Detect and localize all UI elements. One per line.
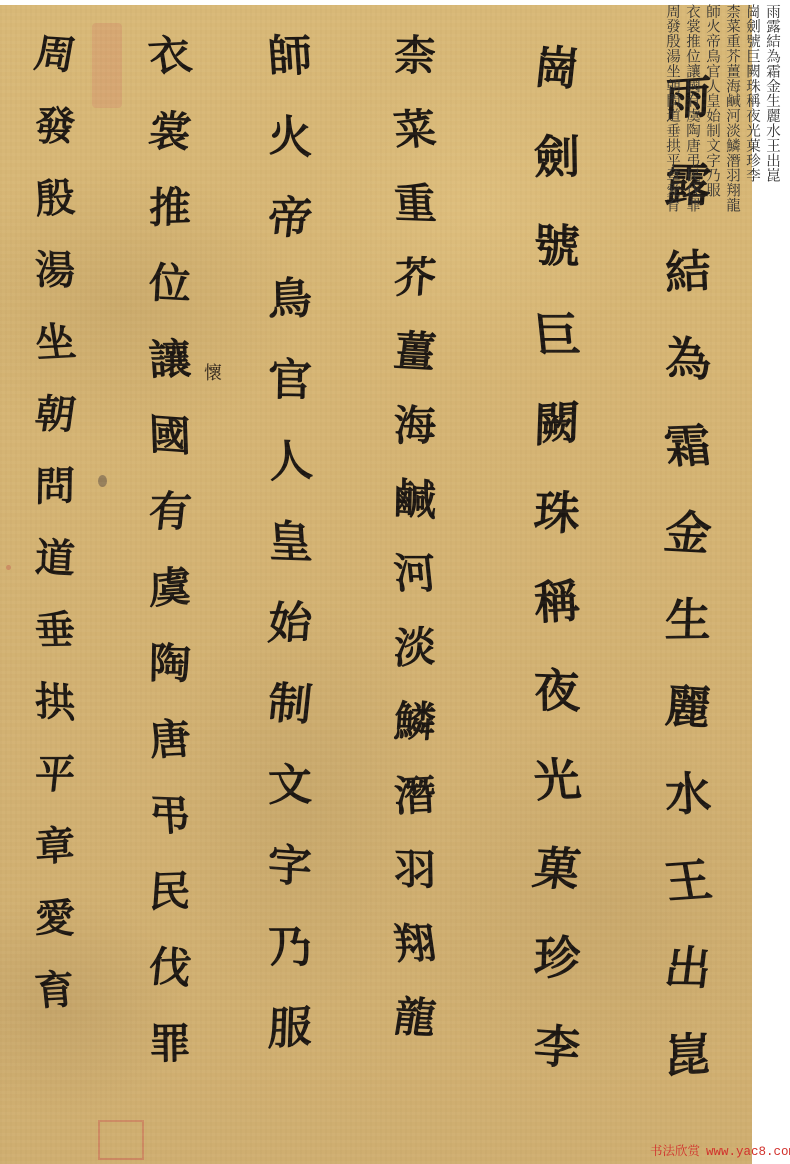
calligraphy-column: 柰菜重芥薑海鹹河淡鱗潛羽翔龍 bbox=[394, 35, 436, 1071]
transcription-text: 雨露結為霜金生麗水王出崑 崗劍號巨闕珠稱夜光菓珍李 柰菜重芥薑海鹹河淡鱗潛羽翔龍… bbox=[762, 4, 782, 226]
calligraphy-character: 衣 bbox=[146, 34, 195, 78]
calligraphy-character: 河 bbox=[392, 553, 438, 595]
calligraphy-character: 伐 bbox=[147, 946, 193, 990]
calligraphy-character: 麗 bbox=[663, 682, 712, 731]
calligraphy-paper: 雨露結為霜金生麗水王出崑崗劍號巨闕珠稱夜光菓珍李柰菜重芥薑海鹹河淡鱗潛羽翔龍師火… bbox=[0, 5, 752, 1164]
ink-spot bbox=[98, 475, 107, 487]
calligraphy-character: 崑 bbox=[665, 1031, 711, 1079]
calligraphy-column: 衣裳推位讓國有虞陶唐弔民伐罪 bbox=[149, 35, 191, 1099]
calligraphy-character: 字 bbox=[268, 843, 313, 890]
calligraphy-character: 罪 bbox=[149, 1023, 192, 1066]
calligraphy-character: 讓 bbox=[148, 339, 193, 382]
calligraphy-character: 鱗 bbox=[393, 701, 438, 744]
calligraphy-column: 崗劍號巨闕珠稱夜光菓珍李 bbox=[534, 45, 580, 1113]
transcription-column: 衣裳推位讓國有虞陶唐弔民伐罪 bbox=[682, 4, 702, 213]
red-seal-bottom bbox=[98, 1120, 144, 1160]
calligraphy-character: 皇 bbox=[266, 520, 313, 566]
calligraphy-character: 崗 bbox=[532, 44, 583, 92]
calligraphy-character: 唐 bbox=[147, 718, 193, 762]
calligraphy-character: 裳 bbox=[146, 110, 194, 153]
calligraphy-column: 師火帝鳥官人皇始制文字乃服 bbox=[268, 35, 312, 1088]
calligraphy-character: 服 bbox=[267, 1005, 312, 1052]
calligraphy-character: 水 bbox=[664, 771, 712, 817]
calligraphy-character: 夜 bbox=[534, 667, 581, 715]
calligraphy-character: 愛 bbox=[35, 899, 76, 940]
calligraphy-character: 海 bbox=[394, 405, 437, 448]
calligraphy-character: 王 bbox=[661, 857, 715, 906]
calligraphy-character: 坐 bbox=[32, 322, 78, 364]
calligraphy-character: 國 bbox=[148, 413, 191, 458]
calligraphy-character: 珍 bbox=[533, 935, 581, 982]
calligraphy-character: 鹹 bbox=[394, 478, 437, 523]
calligraphy-character: 生 bbox=[664, 597, 712, 644]
calligraphy-character: 李 bbox=[532, 1022, 581, 1071]
calligraphy-character: 章 bbox=[35, 826, 76, 869]
calligraphy-character: 弔 bbox=[148, 794, 193, 838]
watermark-label: 书法欣赏 bbox=[650, 1144, 700, 1158]
calligraphy-character: 翔 bbox=[391, 922, 439, 965]
calligraphy-character: 闕 bbox=[533, 399, 581, 448]
calligraphy-character: 柰 bbox=[394, 35, 437, 78]
calligraphy-character: 帝 bbox=[266, 197, 315, 241]
calligraphy-character: 育 bbox=[33, 970, 77, 1012]
calligraphy-character: 朝 bbox=[32, 394, 78, 435]
red-spot bbox=[6, 565, 11, 570]
calligraphy-character: 結 bbox=[664, 248, 712, 296]
calligraphy-character: 薑 bbox=[392, 330, 438, 374]
calligraphy-character: 光 bbox=[531, 756, 583, 803]
calligraphy-character: 珠 bbox=[532, 490, 581, 537]
calligraphy-character: 有 bbox=[147, 491, 193, 533]
calligraphy-character: 平 bbox=[33, 755, 77, 795]
calligraphy-character: 問 bbox=[35, 466, 76, 507]
calligraphy-character: 鳥 bbox=[268, 276, 313, 323]
transcription-column: 柰菜重芥薑海鹹河淡鱗潛羽翔龍 bbox=[722, 4, 742, 213]
side-annotation: 懷 bbox=[198, 363, 224, 381]
calligraphy-character: 殷 bbox=[34, 178, 77, 221]
calligraphy-character: 菜 bbox=[392, 108, 438, 152]
calligraphy-character: 芥 bbox=[393, 256, 438, 300]
calligraphy-character: 始 bbox=[266, 601, 313, 647]
calligraphy-character: 拱 bbox=[34, 682, 75, 725]
calligraphy-character: 乃 bbox=[266, 926, 315, 970]
calligraphy-character: 龍 bbox=[391, 996, 440, 1040]
calligraphy-character: 潛 bbox=[393, 774, 437, 818]
calligraphy-character: 位 bbox=[148, 262, 192, 306]
calligraphy-character: 號 bbox=[534, 221, 581, 270]
calligraphy-character: 民 bbox=[148, 870, 193, 914]
watermark-url: www.yac8.com bbox=[706, 1145, 790, 1159]
calligraphy-column: 周發殷湯坐朝問道垂拱平章愛育 bbox=[35, 35, 75, 1043]
calligraphy-character: 道 bbox=[34, 538, 76, 580]
calligraphy-character: 重 bbox=[393, 182, 438, 226]
calligraphy-column: 雨露結為霜金生麗水王出崑 bbox=[665, 75, 711, 1119]
calligraphy-character: 出 bbox=[662, 945, 714, 992]
calligraphy-character: 金 bbox=[661, 509, 714, 557]
calligraphy-character: 湯 bbox=[34, 251, 75, 292]
calligraphy-character: 菓 bbox=[530, 845, 583, 893]
calligraphy-character: 師 bbox=[266, 35, 313, 80]
calligraphy-character: 陶 bbox=[149, 643, 192, 686]
transcription-column: 周發殷湯坐朝問道垂拱平章愛育 bbox=[662, 4, 682, 213]
calligraphy-character: 羽 bbox=[394, 848, 437, 892]
transcription-column: 雨露結為霜金生麗水王出崑 bbox=[762, 4, 782, 213]
calligraphy-character: 火 bbox=[267, 114, 312, 161]
calligraphy-character: 發 bbox=[34, 107, 76, 147]
calligraphy-character: 周 bbox=[32, 34, 79, 76]
watermark: 书法欣赏www.yac8.com bbox=[650, 1141, 790, 1159]
calligraphy-character: 垂 bbox=[34, 611, 77, 652]
calligraphy-character: 稱 bbox=[533, 578, 581, 626]
red-seal-top bbox=[92, 23, 122, 108]
transcription-column: 師火帝鳥官人皇始制文字乃服 bbox=[702, 4, 722, 213]
calligraphy-character: 文 bbox=[268, 764, 313, 809]
calligraphy-character: 推 bbox=[149, 186, 192, 230]
calligraphy-character: 淡 bbox=[393, 625, 436, 670]
calligraphy-character: 虞 bbox=[149, 566, 192, 611]
calligraphy-character: 人 bbox=[266, 439, 315, 485]
calligraphy-character: 巨 bbox=[532, 312, 583, 358]
calligraphy-character: 官 bbox=[268, 359, 313, 404]
calligraphy-character: 為 bbox=[665, 335, 712, 383]
calligraphy-character: 霜 bbox=[662, 422, 714, 469]
transcription-column: 崗劍號巨闕珠稱夜光菓珍李 bbox=[742, 4, 762, 213]
calligraphy-character: 制 bbox=[266, 682, 315, 728]
calligraphy-character: 劍 bbox=[534, 134, 581, 181]
